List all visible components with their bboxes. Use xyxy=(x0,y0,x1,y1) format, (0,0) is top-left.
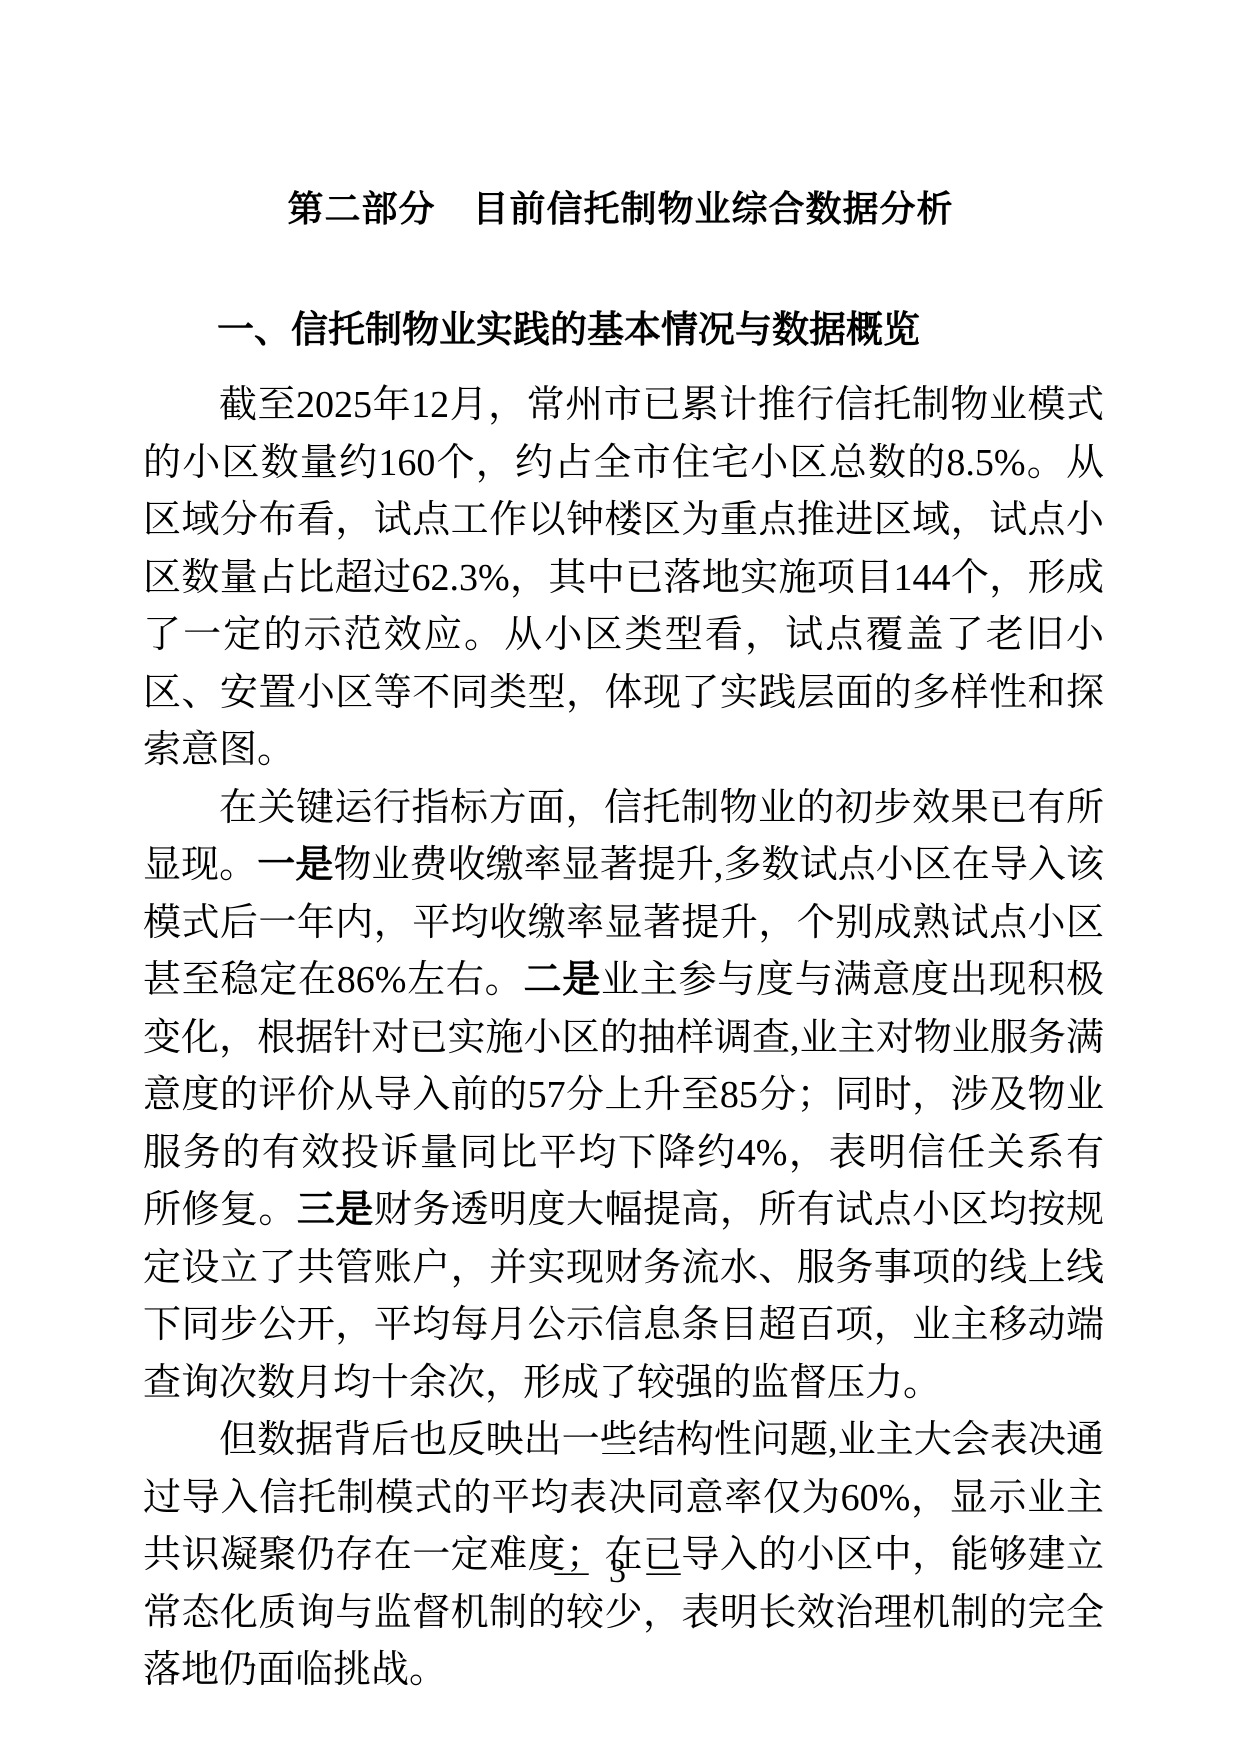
emphasis-run: 一是 xyxy=(257,844,333,886)
document-page: 第二部分 目前信托制物业综合数据分析 一、信托制物业实践的基本情况与数据概览 截… xyxy=(0,0,1241,1755)
document-title: 第二部分 目前信托制物业综合数据分析 xyxy=(0,0,1241,233)
page-number: — 3 — xyxy=(555,1553,687,1590)
emphasis-run: 二是 xyxy=(523,959,601,1001)
emphasis-run: 三是 xyxy=(297,1189,374,1231)
text-run: 截至2025年12月，常州市已累计推行信托制物业模式的小区数量约160个，约占全… xyxy=(143,384,1104,771)
paragraph-key-indicators: 在关键运行指标方面，信托制物业的初步效果已有所显现。一是物业费收缴率显著提升,多… xyxy=(143,780,1104,1413)
document-body: 截至2025年12月，常州市已累计推行信托制物业模式的小区数量约160个，约占全… xyxy=(143,377,1104,1700)
paragraph-overview: 截至2025年12月，常州市已累计推行信托制物业模式的小区数量约160个，约占全… xyxy=(143,377,1104,780)
page-footer: — 3 — xyxy=(0,1548,1241,1596)
section-heading: 一、信托制物业实践的基本情况与数据概览 xyxy=(143,305,1104,355)
